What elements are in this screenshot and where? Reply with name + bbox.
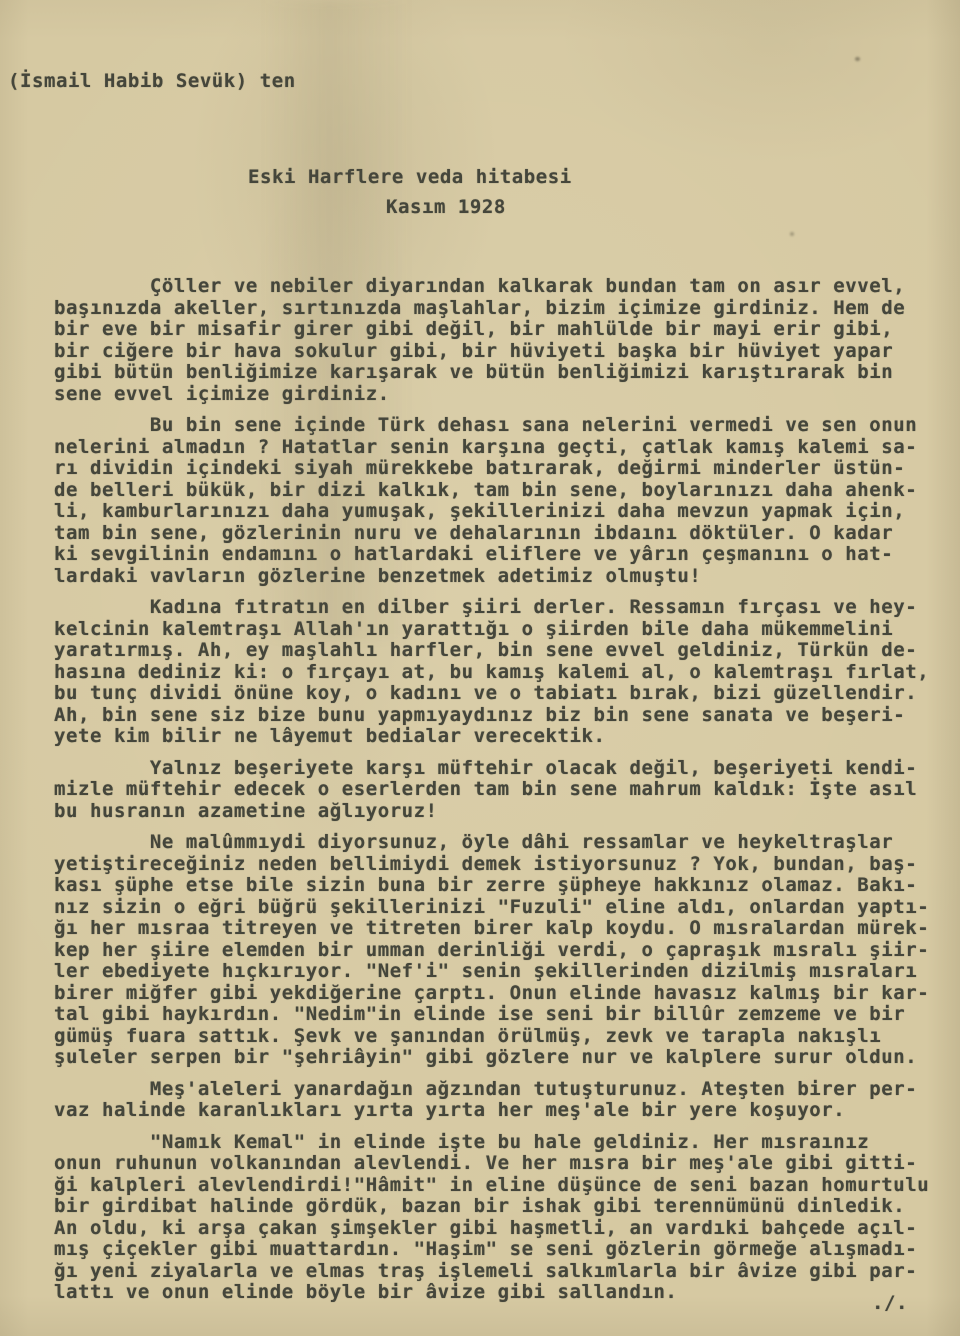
typewritten-page: (İsmail Habib Sevük) ten Eski Harflere v… (0, 0, 960, 1336)
document-body: Çöller ve nebiler diyarından kalkarak bu… (54, 276, 960, 1314)
paragraph-7: "Namık Kemal" in elinde işte bu hale gel… (54, 1132, 960, 1304)
paragraph-1: Çöller ve nebiler diyarından kalkarak bu… (54, 276, 960, 405)
author-attribution: (İsmail Habib Sevük) ten (8, 70, 296, 92)
paragraph-2: Bu bin sene içinde Türk dehası sana nele… (54, 415, 960, 587)
paragraph-4: Yalnız beşeriyete karşı müftehir olacak … (54, 758, 960, 823)
continuation-mark: ./. (872, 1292, 908, 1314)
paragraph-6: Meş'aleleri yanardağın ağzından tutuştur… (54, 1079, 960, 1122)
document-title: Eski Harflere veda hitabesi (248, 166, 572, 188)
ink-speck (855, 57, 860, 61)
ink-speck (790, 232, 794, 236)
paragraph-3: Kadına fıtratın en dilber şiiri derler. … (54, 597, 960, 748)
document-date: Kasım 1928 (386, 196, 506, 218)
paragraph-5: Ne malûmmıydi diyorsunuz, öyle dâhi ress… (54, 832, 960, 1069)
